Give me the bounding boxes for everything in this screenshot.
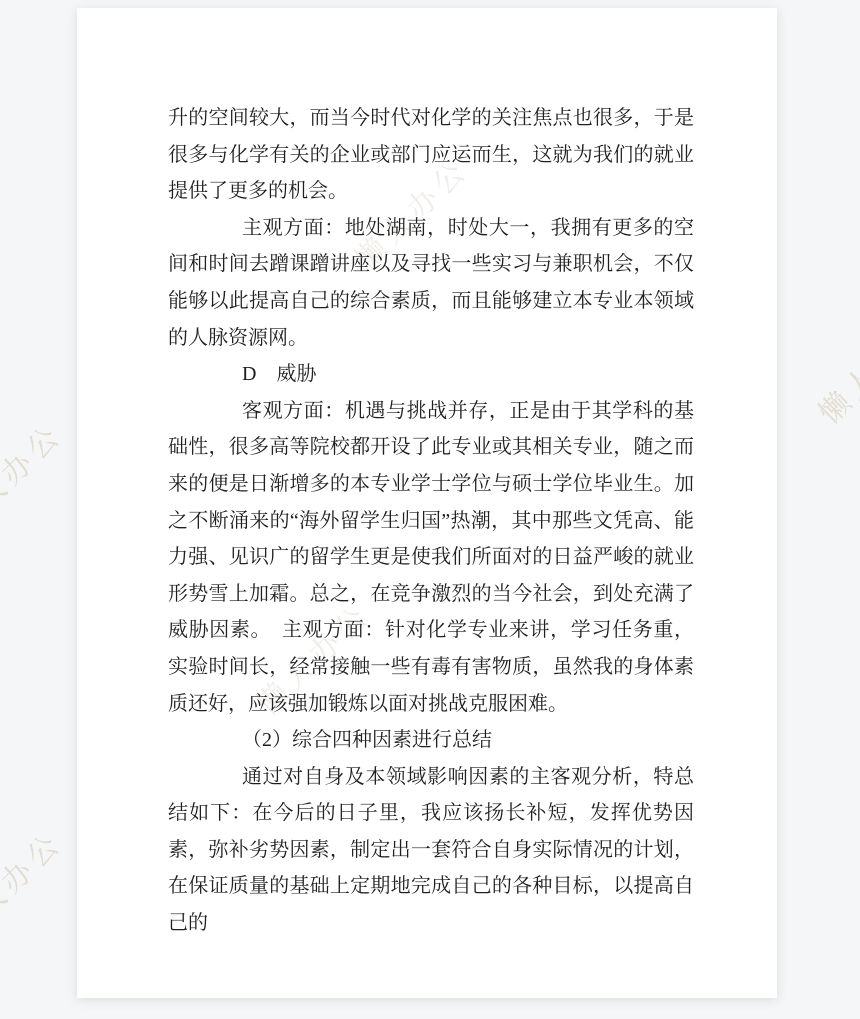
watermark-text: 懒人办公 — [0, 411, 71, 543]
watermark-text: 懒人办公 — [0, 819, 71, 951]
paragraph-subjective-opportunity: 主观方面：地处湖南，时处大一，我拥有更多的空间和时间去蹭课蹭讲座以及寻找一些实习… — [168, 210, 694, 356]
heading-summary-of-four-factors: （2）综合四种因素进行总结 — [168, 722, 694, 759]
watermark-text: 懒人办公 — [807, 300, 860, 432]
document-body-text: 升的空间较大，而当今时代对化学的关注焦点也很多，于是很多与化学有关的企业或部门应… — [168, 100, 694, 942]
desktop-background: 懒人办公 懒人办公 懒人办公 懒人办公 懒人办公 升的空间较大，而当今时代对化学… — [0, 0, 860, 1019]
paragraph-threats-analysis: 客观方面：机遇与挑战并存，正是由于其学科的基础性，很多高等院校都开设了此专业或其… — [168, 393, 694, 722]
paragraph-summary: 通过对自身及本领域影响因素的主客观分析，特总结如下：在今后的日子里，我应该扬长补… — [168, 759, 694, 942]
heading-threats: D 威胁 — [168, 356, 694, 393]
paragraph-opportunity-continuation: 升的空间较大，而当今时代对化学的关注焦点也很多，于是很多与化学有关的企业或部门应… — [168, 100, 694, 210]
